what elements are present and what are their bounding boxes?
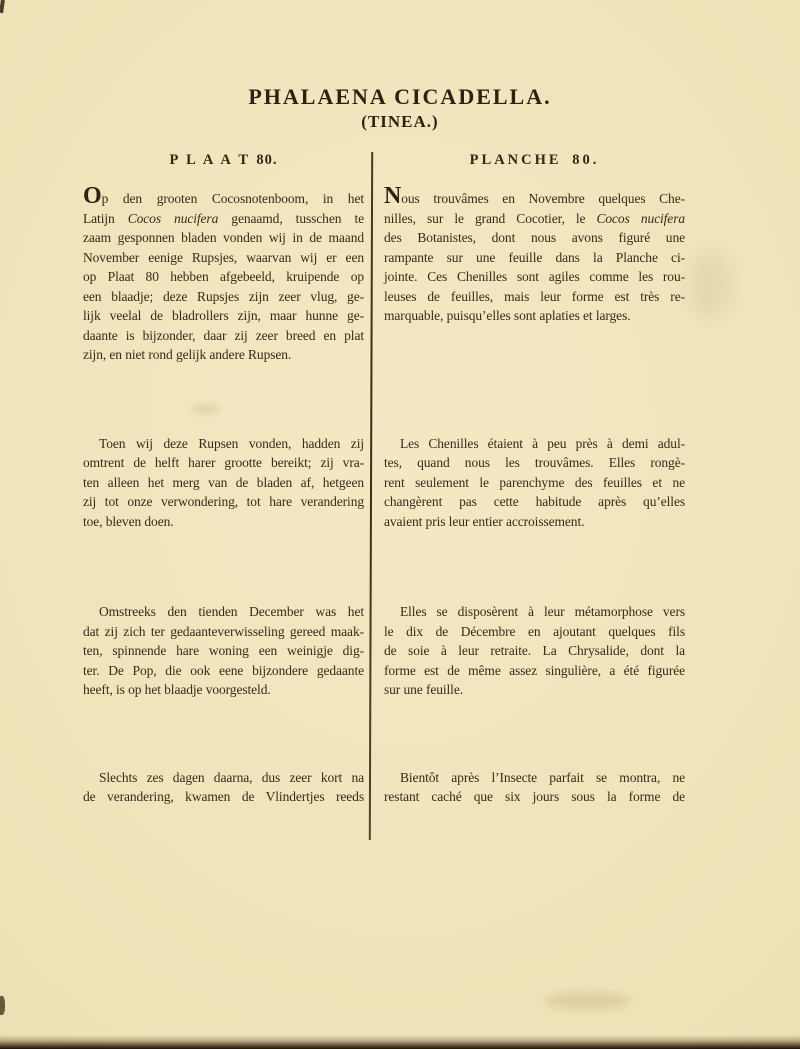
text-line: des Botanistes, dont nous avons figuré u… [384,228,685,248]
text-line: rent seulement le parenchyme des feuille… [384,473,685,493]
text-line: le dix de Décembre en ajoutant quelques … [384,622,685,642]
dutch-paragraph-4: Slechts zes dagen daarna, dus zeer kort … [83,768,364,807]
text-line: Les Chenilles étaient à peu près à demi … [384,434,685,454]
drop-cap-initial: O [83,183,102,209]
french-paragraph-3: Elles se disposèrent à leur métamorphose… [384,602,685,700]
text-line: Op den grooten Cocosnotenboom, in het [83,187,364,209]
text-line: sur une feuille. [384,680,685,700]
text-line: een blaadje; deze Rupsjes zijn zeer vlug… [83,287,364,307]
text-line-segment: nilles, sur le grand Cocotier, le [384,211,596,226]
text-line: Omstreeks den tienden December was het [83,602,364,622]
scan-bottom-edge [0,1035,800,1049]
drop-cap-initial: N [384,183,401,209]
text-line: de soie à leur retraite. La Chrysalide, … [384,641,685,661]
text-line: tes, quand nous les trouvâmes. Elles ron… [384,453,685,473]
text-line-segment: p den grooten Cocosnotenboom, in het [102,191,364,206]
text-line: ten alleen het merg van de bladen af, he… [83,473,364,493]
planche-header: PLANCHE 80. [384,152,685,169]
dutch-paragraph-2: Toen wij deze Rupsen vonden, hadden zij … [83,434,364,532]
text-line: dat zij zich ter gedaanteverwisseling ge… [83,622,364,642]
scanned-book-page: PHALAENA CICADELLA. (TINEA.) P L A A T 8… [0,0,800,1049]
text-line: toe, bleven doen. [83,512,364,532]
text-line: daante is bijzonder, daar zij zeer breed… [83,326,364,346]
french-paragraph-1: Nous trouvâmes en Novembre quelques Che-… [384,187,685,326]
text-line: forme est de même assez singulière, a ét… [384,661,685,681]
french-paragraph-4: Bientôt après l’Insecte parfait se montr… [384,768,685,807]
text-line: ten, spinnende hare woning een weinigje … [83,641,364,661]
species-name-italic: Cocos nucifera [128,211,219,226]
french-column: PLANCHE 80. Nous trouvâmes en Novembre q… [384,152,685,807]
text-line: restant caché que six jours sous la form… [384,787,685,807]
text-line: Toen wij deze Rupsen vonden, hadden zij [83,434,364,454]
text-line: lijk veelal de bladrollers zijn, maar hu… [83,306,364,326]
scan-edge-artifact [0,996,5,1015]
text-line: zij tot onze verwondering, tot hare vera… [83,492,364,512]
text-line: zijn, en niet rond gelijk andere Rupsen. [83,345,364,365]
text-line: rampante sur une feuille dans la Planche… [384,248,685,268]
text-line: nilles, sur le grand Cocotier, le Cocos … [384,209,685,229]
page-title: PHALAENA CICADELLA. [0,84,800,110]
text-line: omtrent de helft harer grootte bereikt; … [83,453,364,473]
dutch-paragraph-3: Omstreeks den tienden December was het d… [83,602,364,700]
text-line: heeft, is op het blaadje voorgesteld. [83,680,364,700]
text-line: zaam gesponnen bladen vonden wij in de m… [83,228,364,248]
dutch-paragraph-1: Op den grooten Cocosnotenboom, in het La… [83,187,364,365]
text-line: leuses de feuilles, mais leur forme est … [384,287,685,307]
text-line: Slechts zes dagen daarna, dus zeer kort … [83,768,364,788]
scan-edge-artifact [0,0,5,13]
text-line: avaient pris leur entier accroissement. [384,512,685,532]
text-line: Bientôt après l’Insecte parfait se montr… [384,768,685,788]
dutch-column: P L A A T 80. Op den grooten Cocosnotenb… [83,152,364,807]
plaat-header: P L A A T 80. [83,152,364,169]
text-line: marquable, puisqu’elles sont aplaties et… [384,306,685,326]
text-line-segment: Latijn [83,211,128,226]
text-line: Elles se disposèrent à leur métamorphose… [384,602,685,622]
text-line: ter. De Pop, die ook eene bijzondere ged… [83,661,364,681]
text-line: November eenige Rupsjes, waarvan wij er … [83,248,364,268]
text-line: Latijn Cocos nucifera genaamd, tusschen … [83,209,364,229]
column-divider-rule [369,152,373,840]
paper-stain [545,992,630,1010]
text-line: de verandering, kwamen de Vlindertjes re… [83,787,364,807]
text-line: jointe. Ces Chenilles sont agiles comme … [384,267,685,287]
text-line: changèrent pas cette habitude après qu’e… [384,492,685,512]
text-line-segment: genaamd, tusschen te [218,211,364,226]
text-line: op Plaat 80 hebben afgebeeld, kruipende … [83,267,364,287]
page-subtitle: (TINEA.) [0,112,800,132]
text-line-segment: ous trouvâmes en Novembre quelques Che- [401,191,685,206]
species-name-italic: Cocos nucifera [596,211,685,226]
french-paragraph-2: Les Chenilles étaient à peu près à demi … [384,434,685,532]
text-line: Nous trouvâmes en Novembre quelques Che- [384,187,685,209]
paper-stain [688,250,732,320]
